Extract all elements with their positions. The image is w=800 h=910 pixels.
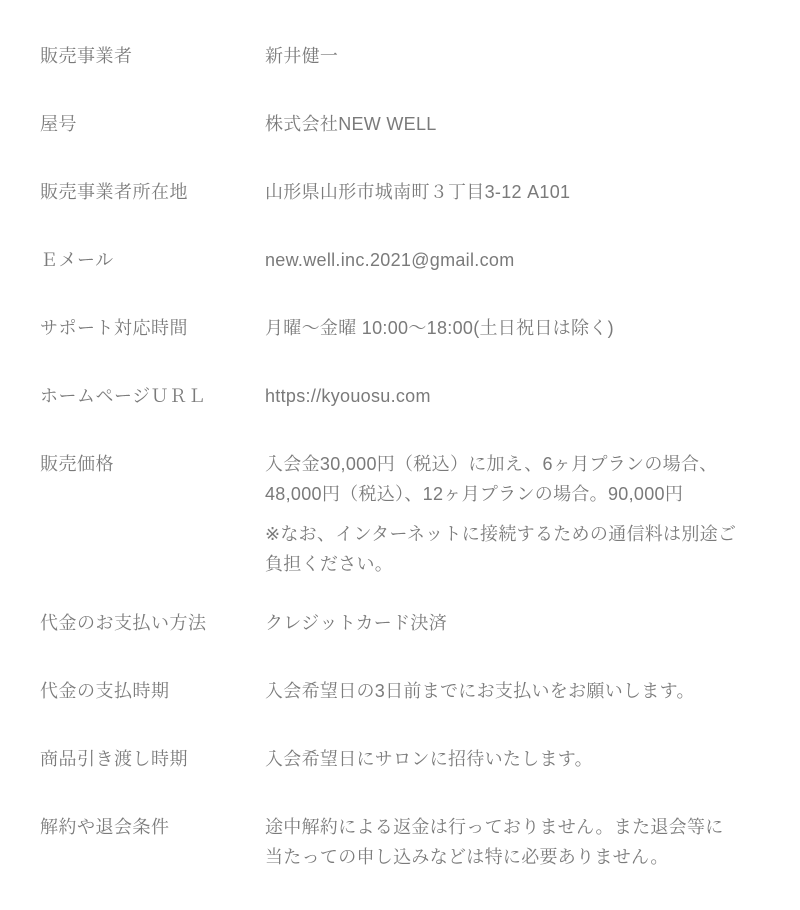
- row-value: 途中解約による返金は行っておりません。また退会等に 当たっての申し込みなどは特に…: [265, 812, 760, 872]
- row-value: 月曜〜金曜 10:00〜18:00(土日祝日は除く): [265, 313, 760, 343]
- table-row-email: Ｅメール new.well.inc.2021@gmail.com: [40, 226, 760, 294]
- row-value: クレジットカード決済: [265, 608, 760, 638]
- row-value-group: 入会金30,000円（税込）に加え、6ヶ月プランの場合、 48,000円（税込）…: [265, 449, 760, 579]
- table-row-support-hours: サポート対応時間 月曜〜金曜 10:00〜18:00(土日祝日は除く): [40, 294, 760, 362]
- row-value: 株式会社NEW WELL: [265, 109, 760, 139]
- table-row-trade-name: 屋号 株式会社NEW WELL: [40, 90, 760, 158]
- row-value: 新井健一: [265, 41, 760, 71]
- row-label: Ｅメール: [40, 245, 265, 275]
- row-value: 山形県山形市城南町３丁目3-12 A101: [265, 177, 760, 207]
- table-row-payment-method: 代金のお支払い方法 クレジットカード決済: [40, 589, 760, 657]
- disclosure-page: 販売事業者 新井健一 屋号 株式会社NEW WELL 販売事業者所在地 山形県山…: [0, 0, 800, 891]
- row-label: 販売事業者所在地: [40, 177, 265, 207]
- row-label: 屋号: [40, 109, 265, 139]
- row-label: 販売事業者: [40, 41, 265, 71]
- row-value-url: https://kyouosu.com: [265, 381, 760, 411]
- row-label: 販売価格: [40, 449, 265, 479]
- row-label: 代金のお支払い方法: [40, 608, 265, 638]
- row-label: サポート対応時間: [40, 313, 265, 343]
- row-note: ※なお、インターネットに接続するための通信料は別途ご 負担ください。: [265, 519, 760, 579]
- row-value: 入会金30,000円（税込）に加え、6ヶ月プランの場合、 48,000円（税込）…: [265, 449, 760, 509]
- row-label: 代金の支払時期: [40, 676, 265, 706]
- row-value: 入会希望日にサロンに招待いたします。: [265, 744, 760, 774]
- table-row-price: 販売価格 入会金30,000円（税込）に加え、6ヶ月プランの場合、 48,000…: [40, 430, 760, 589]
- table-row-seller: 販売事業者 新井健一: [40, 22, 760, 90]
- row-value: 入会希望日の3日前までにお支払いをお願いします。: [265, 676, 760, 706]
- table-row-address: 販売事業者所在地 山形県山形市城南町３丁目3-12 A101: [40, 158, 760, 226]
- table-row-cancellation: 解約や退会条件 途中解約による返金は行っておりません。また退会等に 当たっての申…: [40, 793, 760, 891]
- table-row-delivery-timing: 商品引き渡し時期 入会希望日にサロンに招待いたします。: [40, 725, 760, 793]
- table-row-homepage-url: ホームページＵＲＬ https://kyouosu.com: [40, 362, 760, 430]
- table-row-payment-timing: 代金の支払時期 入会希望日の3日前までにお支払いをお願いします。: [40, 657, 760, 725]
- row-label: 解約や退会条件: [40, 812, 265, 842]
- row-label: ホームページＵＲＬ: [40, 381, 265, 411]
- row-value-email: new.well.inc.2021@gmail.com: [265, 245, 760, 275]
- row-label: 商品引き渡し時期: [40, 744, 265, 774]
